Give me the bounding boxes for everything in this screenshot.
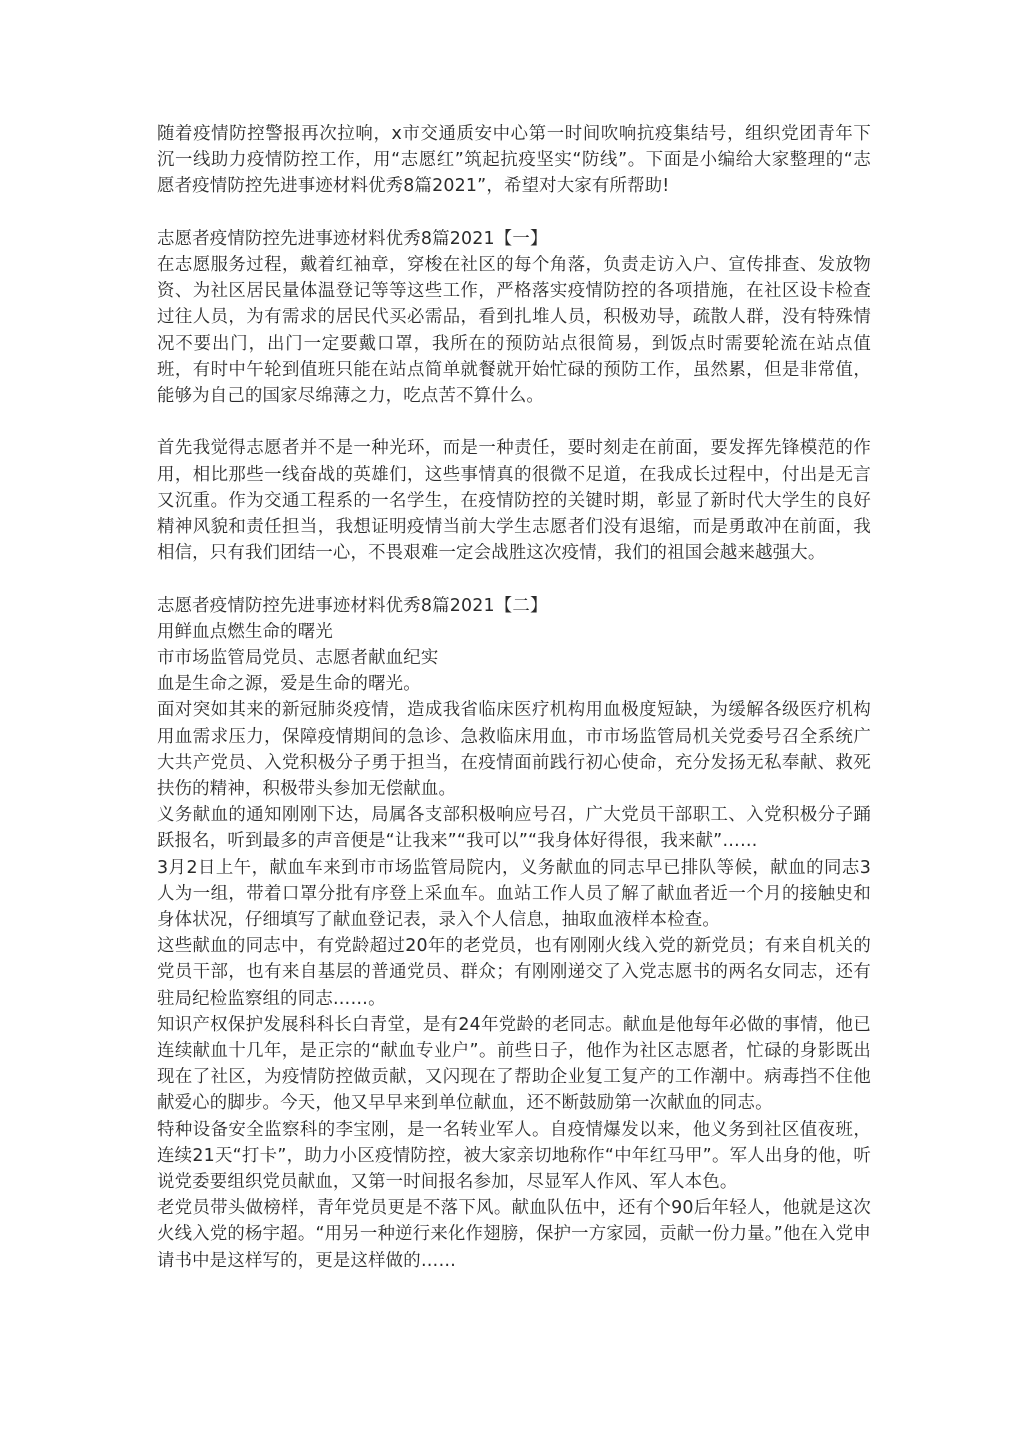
spacer bbox=[157, 200, 871, 226]
section-2-line-7: 特种设备安全监察科的李宝刚，是一名转业军人。自疫情爆发以来，他义务到社区值夜班，… bbox=[157, 1117, 871, 1196]
section-2-line-1: 血是生命之源，爱是生命的曙光。 bbox=[157, 671, 871, 697]
section-1-heading: 志愿者疫情防控先进事迹材料优秀8篇2021【一】 bbox=[157, 226, 871, 252]
section-2-line-6: 知识产权保护发展科科长白青堂，是有24年党龄的老同志。献血是他每年必做的事情，他… bbox=[157, 1012, 871, 1117]
section-2-line-8: 老党员带头做榜样，青年党员更是不落下风。献血队伍中，还有个90后年轻人，他就是这… bbox=[157, 1195, 871, 1274]
section-2-line-2: 面对突如其来的新冠肺炎疫情，造成我省临床医疗机构用血极度短缺，为缓解各级医疗机构… bbox=[157, 697, 871, 802]
intro-paragraph: 随着疫情防控警报再次拉响，x市交通质安中心第一时间吹响抗疫集结号，组织党团青年下… bbox=[157, 121, 871, 200]
section-2-line-3: 义务献血的通知刚刚下达，局属各支部积极响应号召，广大党员干部职工、入党积极分子踊… bbox=[157, 802, 871, 854]
section-2-subtitle: 市市场监管局党员、志愿者献血纪实 bbox=[157, 645, 871, 671]
section-2-line-5: 这些献血的同志中，有党龄超过20年的老党员，也有刚刚火线入党的新党员；有来自机关… bbox=[157, 933, 871, 1012]
spacer bbox=[157, 566, 871, 592]
section-2-line-4: 3月2日上午，献血车来到市市场监管局院内，义务献血的同志早已排队等候，献血的同志… bbox=[157, 855, 871, 934]
spacer bbox=[157, 409, 871, 435]
document-page: 随着疫情防控警报再次拉响，x市交通质安中心第一时间吹响抗疫集结号，组织党团青年下… bbox=[157, 121, 871, 1274]
section-2-heading: 志愿者疫情防控先进事迹材料优秀8篇2021【二】 bbox=[157, 593, 871, 619]
section-1-paragraph-1: 在志愿服务过程，戴着红袖章，穿梭在社区的每个角落，负责走访入户、宣传排查、发放物… bbox=[157, 252, 871, 409]
section-1-paragraph-2: 首先我觉得志愿者并不是一种光环，而是一种责任，要时刻走在前面，要发挥先锋模范的作… bbox=[157, 435, 871, 566]
section-2-title: 用鲜血点燃生命的曙光 bbox=[157, 619, 871, 645]
